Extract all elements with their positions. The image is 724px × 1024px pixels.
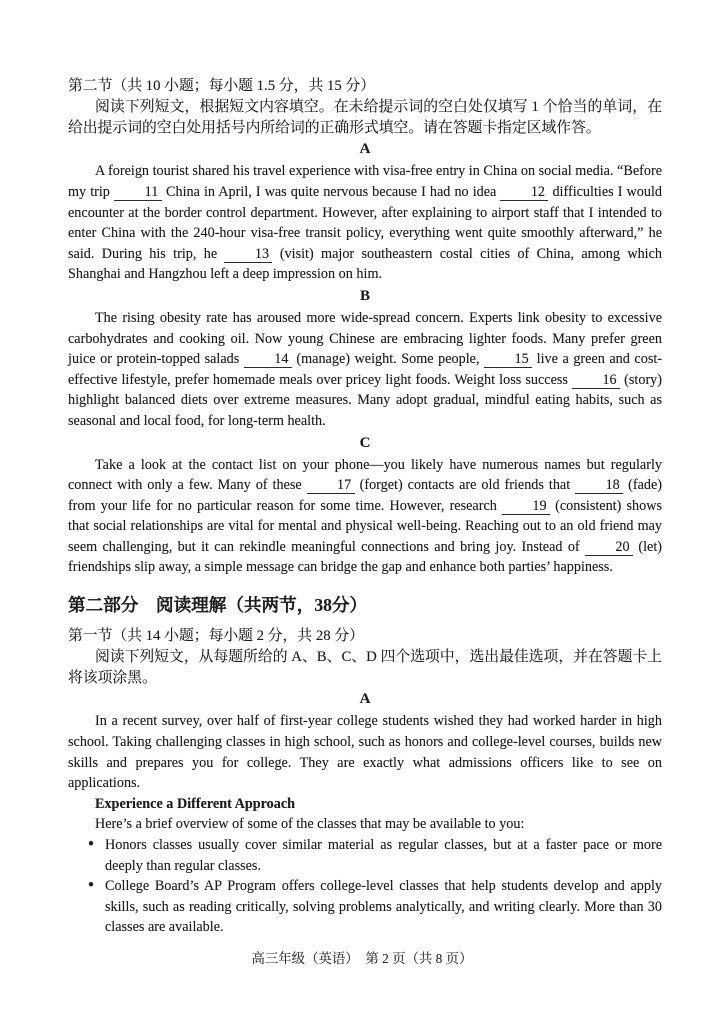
passage-b-text: The rising obesity rate has aroused more… (68, 308, 662, 432)
passage-b-label: B (68, 286, 662, 307)
page-footer: 高三年级（英语） 第 2 页（共 8 页） (0, 948, 724, 967)
fill-in-blank: 15 (484, 352, 532, 368)
part1-instructions: 阅读下列短文，根据短文内容填空。在未给提示词的空白处仅填写 1 个恰当的单词，在… (68, 97, 662, 139)
list-item-text: College Board’s AP Program offers colleg… (105, 878, 662, 935)
class-options-list: ● Honors classes usually cover similar m… (68, 835, 662, 938)
part2-section-header: 第一节（共 14 小题；每小题 2 分，共 28 分） (68, 626, 662, 647)
reading-a-intro: In a recent survey, over half of first-y… (68, 711, 662, 793)
passage-a-text: A foreign tourist shared his travel expe… (68, 161, 662, 285)
passage-c-label: C (68, 433, 662, 454)
fill-in-blank: 18 (575, 478, 623, 494)
list-item: ● College Board’s AP Program offers coll… (68, 876, 662, 938)
passage-c-text: Take a look at the contact list on your … (68, 455, 662, 579)
fill-in-blank: 20 (585, 540, 633, 556)
reading-a-subheading: Experience a Different Approach (68, 794, 662, 815)
reading-a-label: A (68, 689, 662, 710)
part2-instructions: 阅读下列短文，从每题所给的 A、B、C、D 四个选项中，选出最佳选项，并在答题卡… (68, 647, 662, 689)
bullet-icon: ● (88, 834, 94, 855)
fill-in-blank: 11 (114, 185, 162, 201)
list-item: ● Honors classes usually cover similar m… (68, 835, 662, 876)
scanned-exam-page: 第二节（共 10 小题；每小题 1.5 分，共 15 分） 阅读下列短文，根据短… (0, 0, 724, 1024)
bullet-icon: ● (88, 875, 94, 896)
fill-in-blank: 17 (307, 478, 355, 494)
fill-in-blank: 14 (244, 352, 292, 368)
fill-in-blank: 19 (502, 499, 550, 515)
page-content: 第二节（共 10 小题；每小题 1.5 分，共 15 分） 阅读下列短文，根据短… (68, 76, 662, 938)
fill-in-blank: 13 (224, 247, 272, 263)
part1-section-header: 第二节（共 10 小题；每小题 1.5 分，共 15 分） (68, 76, 662, 97)
list-item-text: Honors classes usually cover similar mat… (105, 837, 662, 874)
part2-title: 第二部分 阅读理解（共两节，38分） (68, 593, 662, 617)
reading-a-overview: Here’s a brief overview of some of the c… (68, 814, 662, 835)
fill-in-blank: 16 (572, 373, 620, 389)
fill-in-blank: 12 (500, 185, 548, 201)
passage-a-label: A (68, 139, 662, 160)
